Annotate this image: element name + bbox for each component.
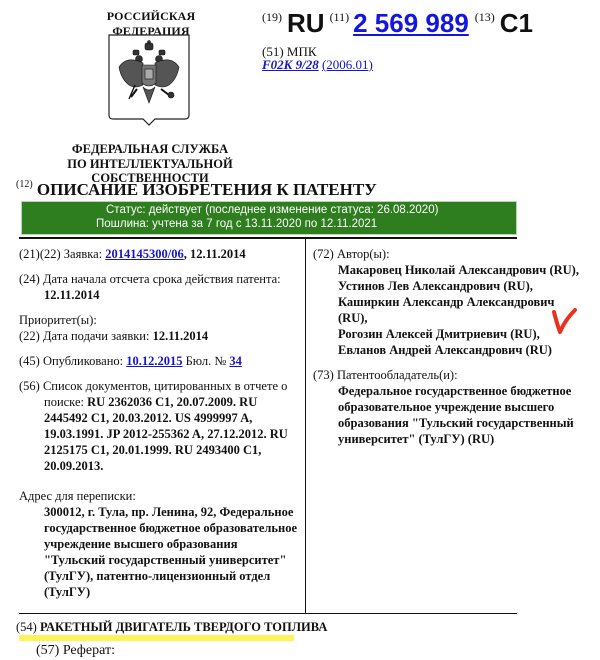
divider-vertical: [305, 239, 306, 614]
agency-name: ФЕДЕРАЛЬНАЯ СЛУЖБА ПО ИНТЕЛЛЕКТУАЛЬНОЙ С…: [60, 142, 240, 186]
status-text: Статус: действует (последнее изменение с…: [106, 204, 438, 216]
invention-title-text: РАКЕТНЫЙ ДВИГАТЕЛЬ ТВЕРДОГО ТОПЛИВА: [40, 620, 327, 634]
filing-date: 12.11.2014: [153, 329, 209, 343]
citations-label: (56) Список документов, цитированных в о…: [19, 378, 301, 394]
coat-of-arms-icon: [107, 33, 191, 127]
red-check-mark-icon: [551, 306, 579, 336]
author-item: Евланов Андрей Александрович (RU): [338, 342, 597, 358]
published-date-link[interactable]: 10.12.2015: [126, 354, 182, 368]
term-start-field: (24) Дата начала отсчета срока действия …: [19, 271, 301, 303]
inid-code-11: (11): [330, 10, 350, 24]
divider-bottom: [19, 613, 517, 614]
bulletin-number-link[interactable]: 34: [229, 354, 242, 368]
patent-number-link[interactable]: 2 569 989: [353, 8, 469, 38]
application-date: , 12.11.2014: [184, 247, 246, 261]
patent-id-line: (19)RU(11)2 569 989(13)C1: [262, 8, 533, 39]
published-field: (45) Опубликовано: 10.12.2015 Бюл. № 34: [19, 353, 301, 369]
application-label: (21)(22) Заявка:: [19, 247, 105, 261]
address-text: 300012, г. Тула, пр. Ленина, 92, Федерал…: [19, 504, 301, 600]
invention-title: (54) РАКЕТНЫЙ ДВИГАТЕЛЬ ТВЕРДОГО ТОПЛИВА: [16, 620, 327, 635]
inid-code-12: (12): [16, 179, 33, 190]
term-start-label: (24) Дата начала отсчета срока действия …: [19, 271, 301, 287]
author-item: Каширкин Александр Александрович (RU),: [338, 294, 568, 326]
inid-code-54: (54): [16, 620, 40, 634]
authors-field: (72) Автор(ы): Макаровец Николай Алексан…: [313, 246, 597, 358]
fee-text: Пошлина: учтена за 7 год с 13.11.2020 по…: [96, 218, 377, 230]
bibliographic-right: (72) Автор(ы): Макаровец Николай Алексан…: [313, 246, 597, 456]
term-start-date: 12.11.2014: [19, 287, 301, 303]
application-field: (21)(22) Заявка: 2014145300/06, 12.11.20…: [19, 246, 301, 262]
agency-line: ПО ИНТЕЛЛЕКТУАЛЬНОЙ: [60, 157, 240, 172]
divider-top: [19, 237, 517, 239]
kind-code: C1: [500, 8, 533, 38]
published-label: (45) Опубликовано:: [19, 354, 126, 368]
holder-label: (73) Патентообладатель(и):: [313, 367, 597, 383]
document-title-text: ОПИСАНИЕ ИЗОБРЕТЕНИЯ К ПАТЕНТУ: [37, 180, 377, 199]
address-label: Адрес для переписки:: [19, 488, 301, 504]
author-item: Устинов Лев Александрович (RU),: [338, 278, 597, 294]
citations-field: (56) Список документов, цитированных в о…: [19, 378, 301, 474]
author-item: Макаровец Николай Александрович (RU),: [338, 262, 597, 278]
address-field: Адрес для переписки: 300012, г. Тула, пр…: [19, 488, 301, 600]
ipc-code-link[interactable]: F02K 9/28: [262, 57, 319, 72]
inid-code-19: (19): [262, 10, 282, 24]
priority-field: Приоритет(ы): (22) Дата подачи заявки: 1…: [19, 312, 301, 344]
ipc-version-link[interactable]: (2006.01): [322, 57, 373, 72]
priority-label: Приоритет(ы):: [19, 312, 301, 328]
agency-line: ФЕДЕРАЛЬНАЯ СЛУЖБА: [60, 142, 240, 157]
bibliographic-left: (21)(22) Заявка: 2014145300/06, 12.11.20…: [19, 246, 301, 609]
filing-label: (22) Дата подачи заявки:: [19, 329, 153, 343]
citations-prefix: поиске:: [44, 395, 87, 409]
abstract-label: (57) Реферат:: [36, 643, 115, 659]
authors-label: (72) Автор(ы):: [313, 246, 597, 262]
holder-field: (73) Патентообладатель(и): Федеральное г…: [313, 367, 597, 447]
bulletin-label: Бюл. №: [183, 354, 230, 368]
title-highlight: [19, 635, 294, 641]
document-title: (12) ОПИСАНИЕ ИЗОБРЕТЕНИЯ К ПАТЕНТУ: [16, 180, 377, 200]
ipc-classification: F02K 9/28 (2006.01): [262, 57, 373, 73]
application-number-link[interactable]: 2014145300/06: [105, 247, 183, 261]
country-code: RU: [287, 8, 325, 38]
status-bar: Статус: действует (последнее изменение с…: [21, 201, 517, 235]
inid-code-13: (13): [475, 10, 495, 24]
holder-text: Федеральное государственное бюджетное об…: [313, 383, 597, 447]
